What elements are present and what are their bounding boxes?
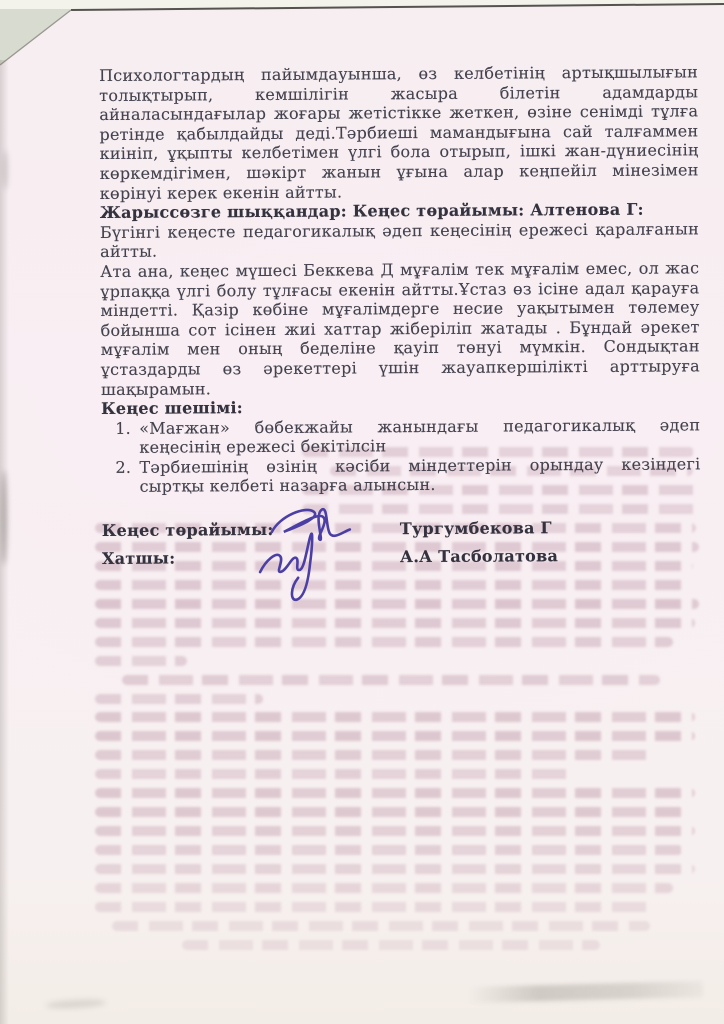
signature-role: Кеңес төрайымы:	[102, 519, 400, 540]
decision-item: 1. «Мағжан» бөбекжайы жанындағы педагоги…	[115, 415, 700, 458]
signature-row: Кеңес төрайымы: Тургумбекова Г	[102, 517, 701, 540]
signature-name: Тургумбекова Г	[400, 518, 552, 539]
decision-text: Тәрбиешінің өзінің кәсіби міндеттерін ор…	[139, 454, 700, 497]
document-body: Психологтардың пайымдауынша, өз келбетін…	[99, 62, 701, 576]
decision-number: 1.	[115, 418, 139, 438]
decision-list: 1. «Мағжан» бөбекжайы жанындағы педагоги…	[115, 415, 700, 497]
decision-item: 2. Тәрбиешінің өзінің кәсіби міндеттерін…	[115, 454, 700, 497]
signature-role: Хатшы:	[102, 547, 400, 568]
decision-text: «Мағжан» бөбекжайы жанындағы педагогикал…	[139, 415, 700, 458]
speakers-line: Бүгінгі кеңесте педагогикалық әдеп кеңес…	[100, 219, 699, 262]
signature-name: А.А Тасболатова	[400, 546, 558, 567]
signature-row: Хатшы: А.А Тасболатова	[102, 545, 701, 568]
scanned-document-page: Психологтардың пайымдауынша, өз келбетін…	[0, 0, 724, 1024]
edge-smudge	[1, 470, 7, 565]
signature-block: Кеңес төрайымы: Тургумбекова Г Хатшы: А.…	[102, 517, 701, 568]
paragraph-council-member: Ата ана, кеңес мүшесі Беккева Д мұғалім …	[100, 258, 700, 399]
paragraph-psychologists: Психологтардың пайымдауынша, өз келбетін…	[99, 62, 699, 203]
edge-smudge	[3, 150, 8, 190]
decision-number: 2.	[115, 458, 139, 478]
